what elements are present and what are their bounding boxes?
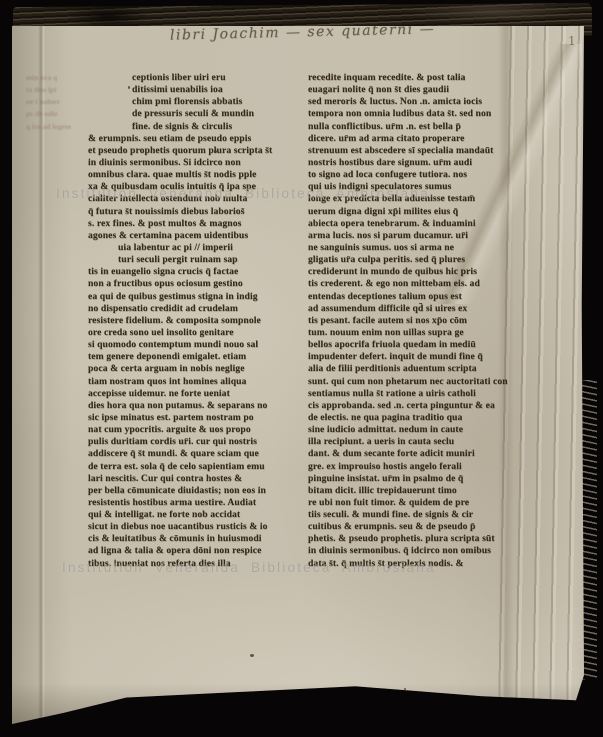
manuscript-text-line: euagari nolite q̄ non s̄t dies gaudii: [308, 84, 530, 96]
manuscript-text-line: tiis seculi. & mundi fine. de signis & c…: [308, 509, 530, 521]
manuscript-text-line: nulla conflictibus. ur̄m .n. est bella p…: [308, 121, 530, 133]
manuscript-text-line: nat cum ypocritis. arguite & uos propo: [88, 424, 310, 436]
manuscript-text-line: phetis. & pseudo prophetis. plura script…: [308, 533, 530, 545]
manuscript-text-line: resistere fidelium. & composita sompnole: [88, 315, 310, 327]
manuscript-text-line: cis approbanda. sed .n. certa pinguntur …: [308, 400, 530, 412]
manuscript-text-line: et pseudo prophetis quorum plura scripta…: [88, 145, 310, 157]
manuscript-text-line: bitam dicit. illic trepidauerunt timo: [308, 485, 530, 497]
manuscript-text-line: fine. de signis & circulis: [88, 121, 310, 133]
manuscript-text-line: ceptionis liber uiri eru: [88, 72, 310, 84]
manuscript-text-line: arma lucis. nos si parum ducamur. ur̄i: [308, 230, 530, 242]
manuscript-text-line: addiscere q̄ s̄t mundi. & quare sciam qu…: [88, 448, 310, 460]
manuscript-text-line: dant. & dum secante forte adicit muniri: [308, 448, 530, 460]
manuscript-text-line: sic ipse minatus est. partem nostram po: [88, 412, 310, 424]
page-edge-fibers: [579, 380, 597, 680]
manuscript-text-line: de pressuris seculi & mundin: [88, 108, 310, 120]
manuscript-text-line: entendas deceptiones talium opus est: [308, 291, 530, 303]
manuscript-text-line: ne i noluer: [26, 96, 88, 108]
manuscript-text-line: resistentis hostibus arma uestire. Audia…: [88, 497, 310, 509]
manuscript-text-line: ad assumendum difficile qd̄ si uires ex: [308, 303, 530, 315]
manuscript-text-line: tis pesant. facile autem si nos xp̄o cōm: [308, 315, 530, 327]
manuscript-text-line: ore creda sono uel insolito genitare: [88, 327, 310, 339]
manuscript-text-line: pulis duritiam cordis ur̄i. cur qui nost…: [88, 436, 310, 448]
manuscript-text-line: s. rex fines. & post multos & magnos: [88, 218, 310, 230]
manuscript-text-line: ta duo ipi: [26, 84, 88, 96]
manuscript-text-line: si quomodo contemptum mundi nouo sal: [88, 339, 310, 351]
text-column-right: recedite inquam recedite. & post taliaeu…: [308, 72, 530, 570]
manuscript-text-line: de terra est. sola q̄ de celo sapientiam…: [88, 461, 310, 473]
manuscript-text-line: tem genere deponendi emigalet. etiam: [88, 351, 310, 363]
manuscript-text-line: ea qui de quibus gestimus stigna in indi…: [88, 291, 310, 303]
manuscript-text-line: sine iudicio admittat. nedum in caute: [308, 424, 530, 436]
manuscript-text-line: accepisse uidemur. ne forte ueniat: [88, 388, 310, 400]
manuscript-text-line: q̄ futura s̄t nouissimis diebus laborios…: [88, 206, 310, 218]
manuscript-text-line: non a fructibus opus ociosum gestino: [88, 278, 310, 290]
manuscript-text-line: abiecta opera tenebrarum. & induamini: [308, 218, 530, 230]
manuscript-text-line: de electis. ne qua pagina traditio qua: [308, 412, 530, 424]
manuscript-text-line: dicere. ur̄m ad arma citato properare: [308, 133, 530, 145]
manuscript-text-line: chim pmi florensis abbatis: [88, 96, 310, 108]
parchment-page: libri Joachim — sex quaterni — 1 min ora…: [12, 26, 584, 724]
bottom-page-curl: [12, 676, 584, 724]
verso-bleedthrough-text: min ora qta duo ipine i noluerps de odie…: [26, 72, 88, 133]
manuscript-text-line: strenuum est abscedere sī specialia man…: [308, 145, 530, 157]
manuscript-text-line: pinguine insistat. ur̄m in psalmo de q̄: [308, 473, 530, 485]
manuscript-text-line: crediderunt in mundo de quibus hic pris: [308, 266, 530, 278]
manuscript-text-line: turi seculi pergit ruinam sap: [88, 254, 310, 266]
manuscript-text-line: in diuinis sermonibus. Si idcirco non: [88, 157, 310, 169]
ink-speck: [128, 86, 130, 89]
manuscript-text-line: recedite inquam recedite. & post talia: [308, 72, 530, 84]
manuscript-text-line: agones & certamina pacem uidentibus: [88, 230, 310, 242]
manuscript-text-line: poca & certa arguam in nobis neglige: [88, 363, 310, 375]
manuscript-text-line: & erumpnis. seu etiam de pseudo eppis: [88, 133, 310, 145]
manuscript-text-line: dies hora qua non putamus. & separans no: [88, 400, 310, 412]
ink-speck: [250, 654, 254, 657]
manuscript-text-line: per bella cōmunicate diuidastis; non eos…: [88, 485, 310, 497]
ink-speck: [214, 150, 217, 153]
manuscript-text-line: impudenter defert. inquit de mundi fine …: [308, 351, 530, 363]
manuscript-text-line: nostris hostibus dare signum. ur̄m audi: [308, 157, 530, 169]
manuscript-text-line: uia labentur ac pi // imperii: [88, 242, 310, 254]
manuscript-text-line: uerum digna digni xp̄i milites eius q̄: [308, 206, 530, 218]
library-watermark-bottom: Institution Veneranda Biblioteca Ambrosi…: [62, 560, 436, 575]
manuscript-text-line: ditissimi uenabilis ioa: [88, 84, 310, 96]
manuscript-text-line: alia de filii perditionis aduentum scrip…: [308, 363, 530, 375]
manuscript-text-line: bellos apocrifa friuola quedam in mediū: [308, 339, 530, 351]
folio-number: 1: [568, 34, 576, 48]
library-watermark-top: Institution Veneranda Biblioteca Ambrosi…: [56, 186, 430, 201]
manuscript-text-line: in diuinis sermonibus. q̄ idcirco non om…: [308, 545, 530, 557]
manuscript-text-line: sunt. qui cum non phetarum nec auctorita…: [308, 376, 530, 388]
manuscript-photo: libri Joachim — sex quaterni — 1 min ora…: [0, 0, 603, 737]
text-column-left: ceptionis liber uiri eruditissimi uenabi…: [88, 72, 310, 570]
manuscript-text-line: cuitibus & erumpnis. seu & de pseudo p̄: [308, 521, 530, 533]
manuscript-text-line: tum. nouum enim non uillas supra ge: [308, 327, 530, 339]
manuscript-text-line: tis crederent. & ego non mittebam eis. a…: [308, 278, 530, 290]
manuscript-text-line: sentiamus nulla s̄t ratione a uiris cath…: [308, 388, 530, 400]
manuscript-text-line: gre. ex improuiso hostis angelo ferali: [308, 461, 530, 473]
manuscript-text-line: tempora non omnia ludibus data s̄t. sed …: [308, 108, 530, 120]
manuscript-text-line: sed meroris & luctus. Non .n. amicta ioc…: [308, 96, 530, 108]
manuscript-text-line: qui & intelligat. ne forte nob accidat: [88, 509, 310, 521]
manuscript-text-line: omnibus clara. quae multis s̄t nodis ppl…: [88, 169, 310, 181]
manuscript-text-line: ps de odie: [26, 108, 88, 120]
manuscript-text-line: to signo ad loca confugere tutiora. nos: [308, 169, 530, 181]
manuscript-text-line: tis in euangelio signa crucis q̄ factae: [88, 266, 310, 278]
manuscript-text-line: re ubi non fuit timor. & quidem de pre: [308, 497, 530, 509]
manuscript-text-line: lari nescitis. Cur qui contra hostes &: [88, 473, 310, 485]
manuscript-text-line: cis & leuitatibus & cōmunis in huiusmodi: [88, 533, 310, 545]
manuscript-text-line: ne sanguinis sumus. uos si arma ne: [308, 242, 530, 254]
manuscript-text-line: no dispensatio credidit ad crudelam: [88, 303, 310, 315]
manuscript-text-line: gligatis ur̄a culpa peritis. sed q̄ plur…: [308, 254, 530, 266]
ink-speck: [482, 702, 484, 704]
manuscript-text-line: q ire ad legem: [26, 121, 88, 133]
manuscript-text-line: min ora q: [26, 72, 88, 84]
manuscript-text-line: ad ligna & talia & opera dōni non respic…: [88, 545, 310, 557]
manuscript-text-line: illa recipiunt. a ueris in cauta seclu: [308, 436, 530, 448]
manuscript-text-line: sicut in diebus noe uacantibus rusticis …: [88, 521, 310, 533]
manuscript-text-line: tiam nostram quos int homines aliqua: [88, 376, 310, 388]
